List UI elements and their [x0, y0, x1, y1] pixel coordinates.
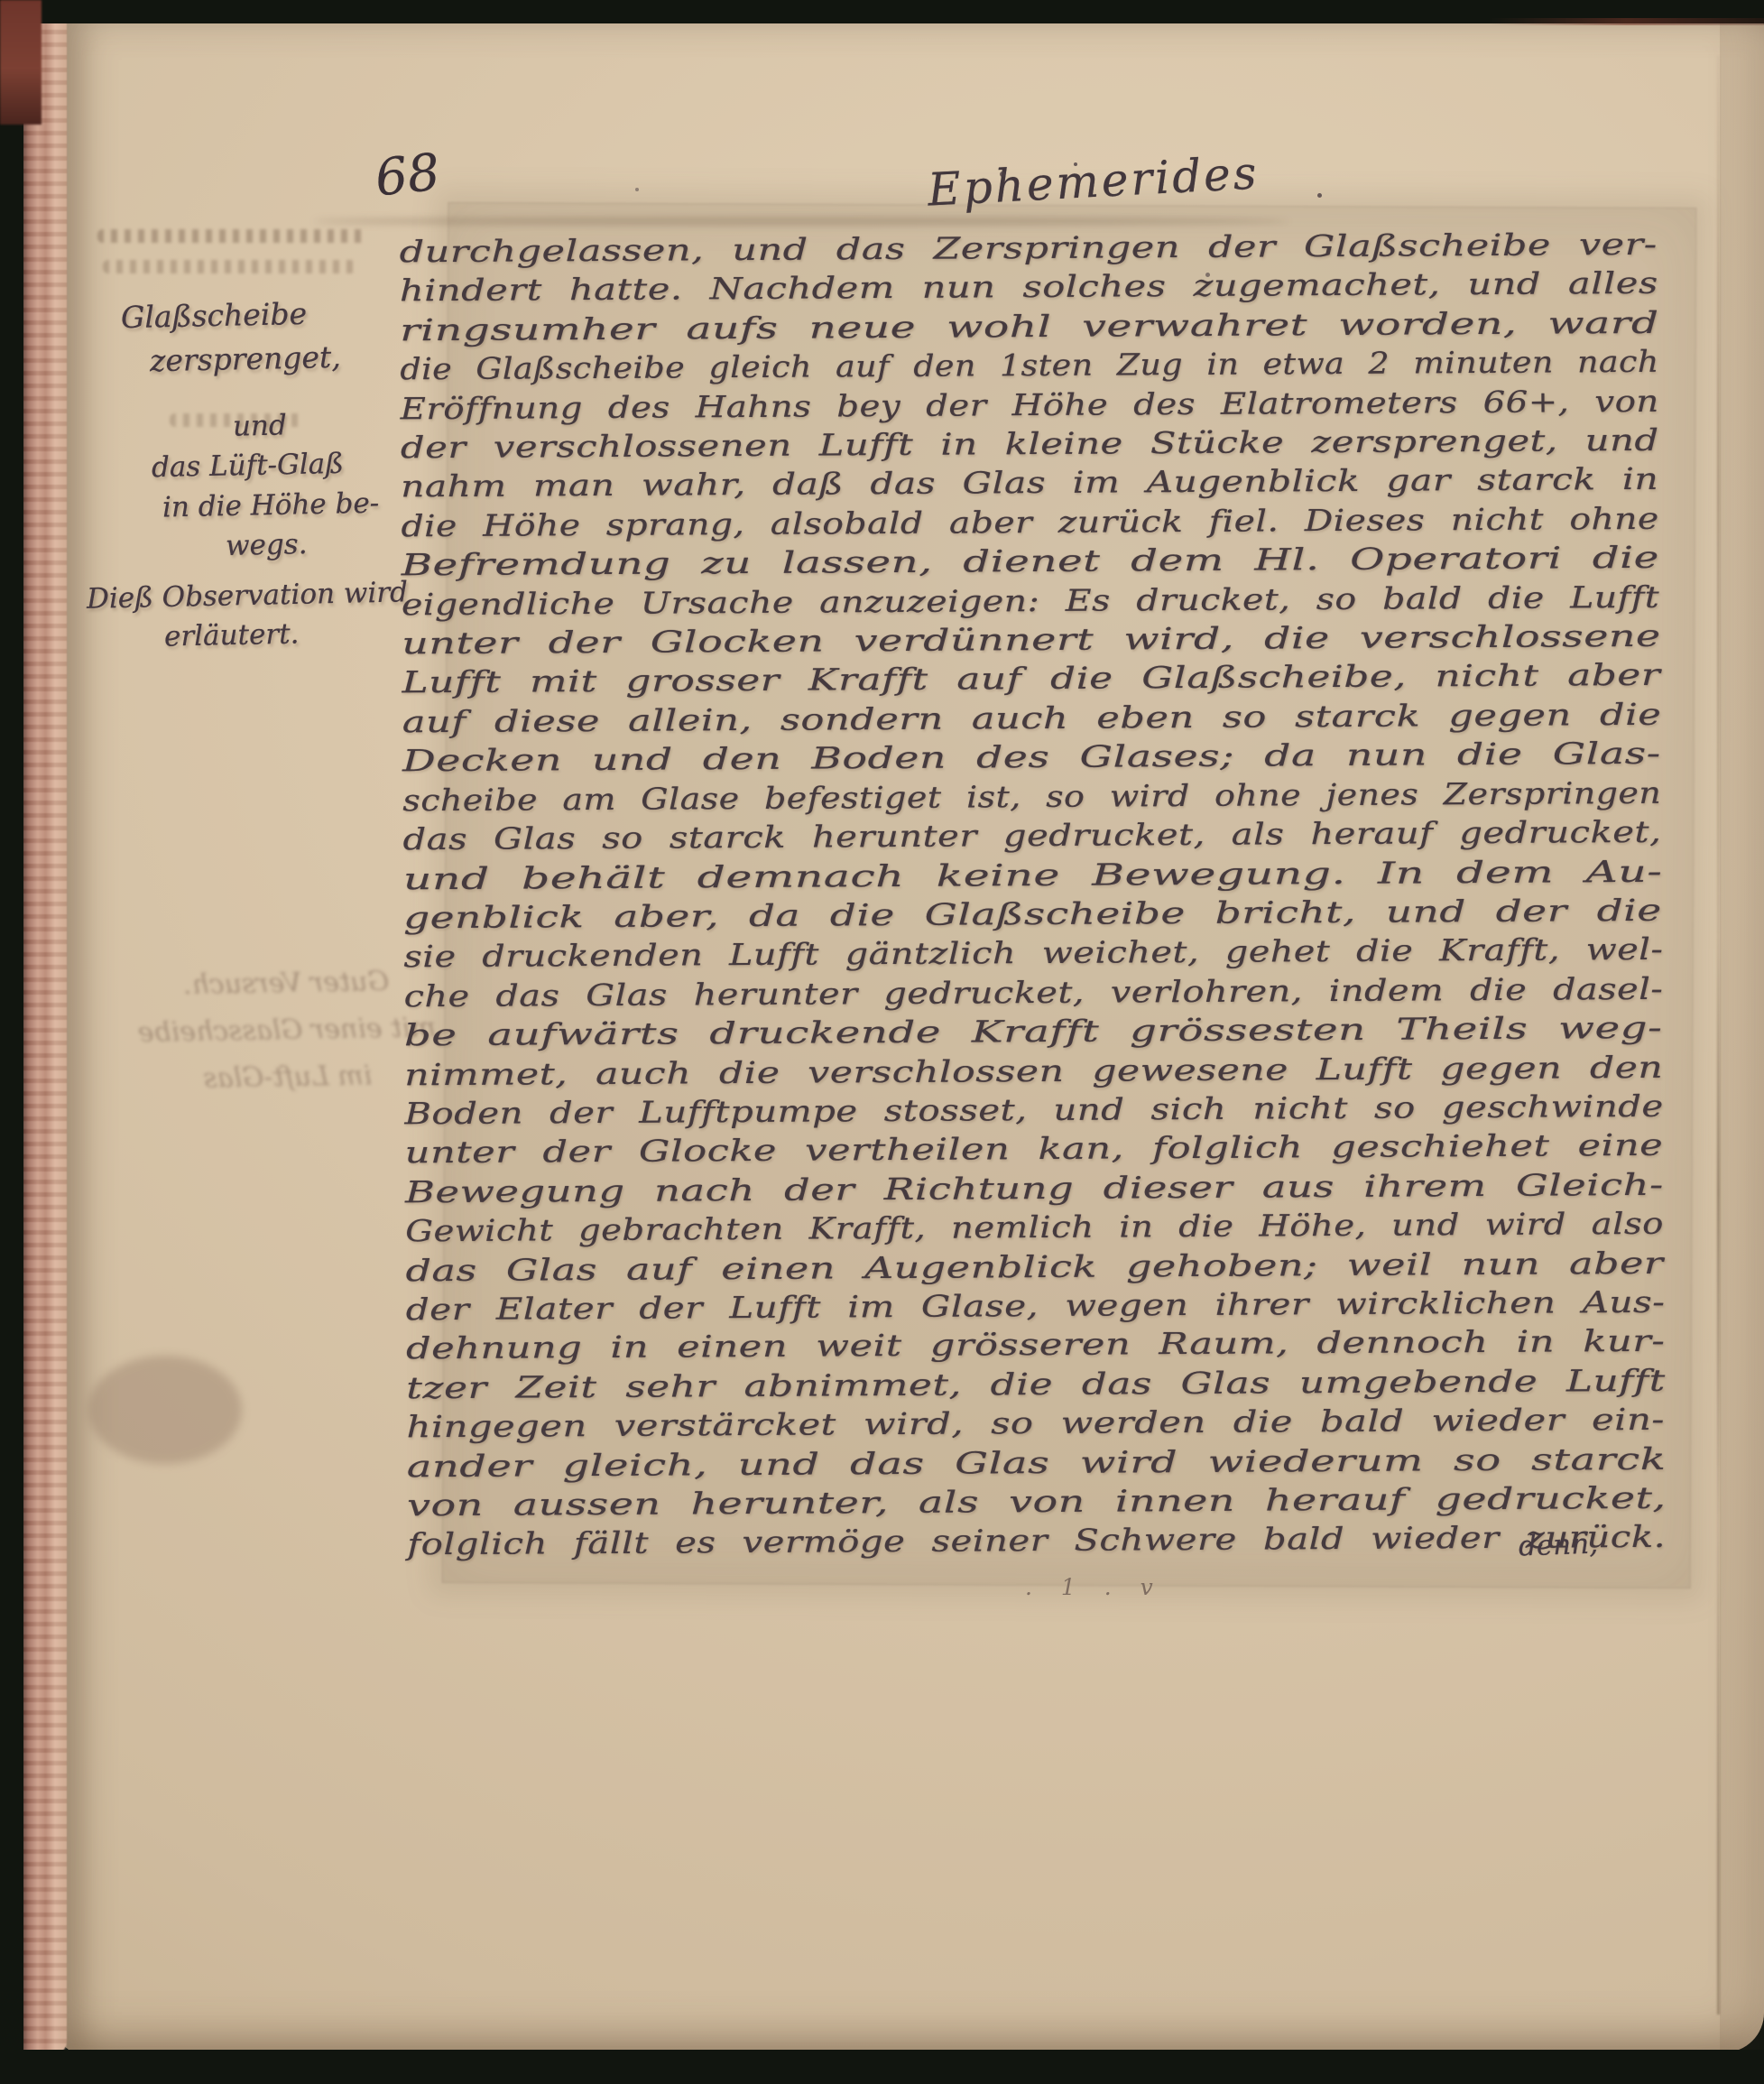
- margin-note: das Lüft-Glaß: [152, 448, 345, 484]
- book-cover-corner: [0, 0, 42, 125]
- margin-note: zersprenget,: [150, 339, 341, 378]
- ink-speck: [1074, 162, 1077, 166]
- ink-speck: [1000, 171, 1005, 177]
- catchword: denn,: [1518, 1527, 1598, 1562]
- margin-note: in die Höhe be-: [162, 486, 380, 523]
- page-fold-crease: [1717, 56, 1720, 2015]
- ink-speck: [1205, 273, 1210, 277]
- margin-note: Dieß Observation wird: [87, 576, 409, 615]
- body-text-block: durchgelassen, und das Zerspringen der G…: [400, 225, 1673, 1564]
- scan-background-top: [0, 0, 1764, 23]
- page-right-shading: [1720, 20, 1764, 2052]
- footer-mark: . 1 . v: [1025, 1574, 1164, 1600]
- scan-background-bottom: [0, 2050, 1764, 2084]
- margin-note: und: [233, 409, 288, 442]
- ink-speck: [635, 188, 639, 191]
- showthrough-strokes: [103, 260, 356, 273]
- showthrough-strokes: [97, 229, 368, 243]
- margin-note: erläutert.: [164, 617, 300, 653]
- showthrough-smudge: [88, 1356, 242, 1464]
- manuscript-page: 68 Ephemerides Glaßscheibe zersprenget, …: [61, 20, 1764, 2052]
- page-number: 68: [373, 143, 443, 208]
- scan-background-left: [0, 0, 23, 2084]
- manuscript-line: folglich fällt es vermöge seiner Schwere…: [407, 1517, 1666, 1564]
- margin-note: wegs.: [226, 528, 308, 562]
- ink-speck: [1317, 193, 1322, 198]
- scanned-book-photo: 68 Ephemerides Glaßscheibe zersprenget, …: [0, 0, 1764, 2084]
- page-edge-stack: [20, 22, 67, 2054]
- margin-note: Glaßscheibe: [121, 296, 308, 335]
